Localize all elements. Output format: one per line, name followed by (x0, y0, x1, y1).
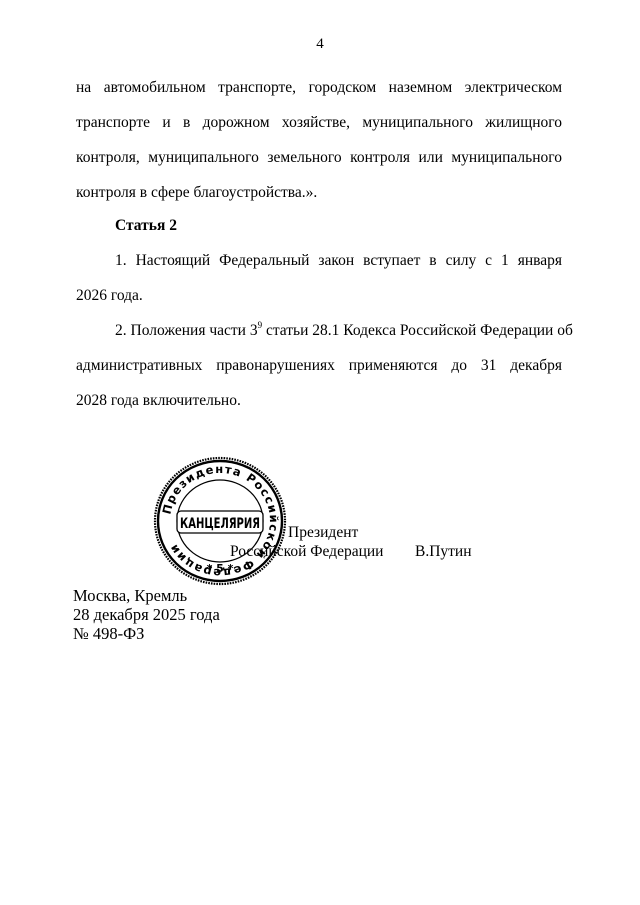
page-number: 4 (0, 36, 640, 53)
text-line: 2028 года включительно. (76, 383, 562, 418)
continuation-paragraph: на автомобильном транспорте, городском н… (76, 70, 562, 210)
text-line: на автомобильном транспорте, городском н… (76, 70, 562, 105)
place: Москва, Кремль (73, 586, 220, 605)
text-line: 2026 года. (76, 278, 562, 313)
signatory-title-line1: Президент (288, 523, 358, 542)
text-line: контроля, муниципального земельного конт… (76, 140, 562, 175)
text-line: 1. Настоящий Федеральный закон вступает … (76, 243, 562, 278)
clause-2-text-start: 2. Положения части 3 (115, 322, 258, 339)
seal-center-text: КАНЦЕЛЯРИЯ (180, 516, 260, 532)
text-line: административных правонарушениях применя… (76, 348, 562, 383)
signing-date: 28 декабря 2025 года (73, 605, 220, 624)
seal-bottom-text: * 5 * (207, 562, 234, 575)
signatory-name: В.Путин (415, 542, 472, 561)
official-seal-icon: Президента Российской Федерации * 5 * КА… (153, 455, 287, 587)
law-number: № 498-ФЗ (73, 624, 220, 643)
clause-1: 1. Настоящий Федеральный закон вступает … (76, 243, 562, 313)
clause-2: 2. Положения части 39 статьи 28.1 Кодекс… (76, 313, 562, 418)
article-heading: Статья 2 (115, 211, 177, 241)
text-line: транспорте и в дорожном хозяйстве, муниц… (76, 105, 562, 140)
place-and-date: Москва, Кремль 28 декабря 2025 года № 49… (73, 586, 220, 643)
text-line: контроля в сфере благоустройства.». (76, 175, 562, 210)
text-line: 2. Положения части 39 статьи 28.1 Кодекс… (76, 313, 562, 348)
clause-2-text-end: статьи 28.1 Кодекса Российской Федерации… (262, 322, 573, 339)
